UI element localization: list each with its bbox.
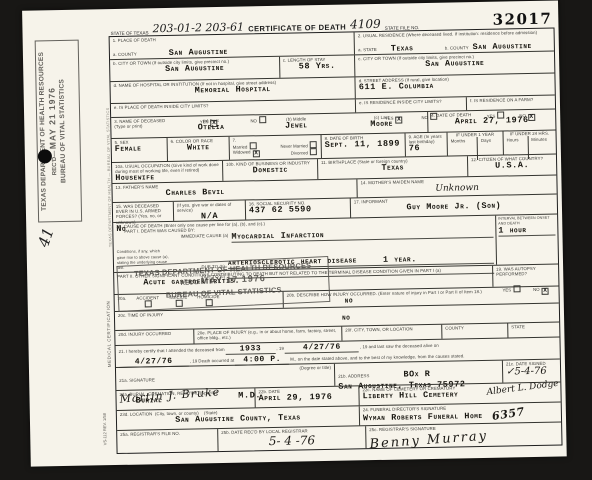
state-file-no-label: STATE FILE NO. [385,25,420,31]
injury-city-label: 20f. CITY, TOWN, OR LOCATION [345,326,438,333]
handwritten-file-number: 4109 [350,17,381,32]
autopsy-label: 19. WAS AUTOPSY PERFORMED? [496,266,555,278]
widowed-option: WidowedX [233,149,261,158]
certificate-page: TEXAS DEPARTMENT OF HEALTH RESOURCES REC… [22,0,567,466]
physician-address-label: 21b. ADDRESS [338,373,369,379]
scanned-death-certificate: TEXAS DEPARTMENT OF HEALTH RESOURCES REC… [0,0,592,480]
farm-label: f. IS RESIDENCE ON A FARM? [470,97,552,104]
hours-label: Hours [507,137,525,143]
days-label: Days [481,138,500,144]
handwritten-local-number: 203-01-2 203-61 [152,20,244,35]
middle-name-value: Jewel [254,121,339,132]
divorced-option: Divorced [291,148,318,157]
ssn-value: 437 62 5590 [249,205,347,216]
degree-label: (Degree or title) [299,365,331,371]
date-recd-value: 5- 4 -76 [221,432,362,449]
certificate-title: CERTIFICATE OF DEATH [248,23,346,34]
length-of-stay-value: 58 Yrs. [283,62,352,72]
sex-value: Female [115,144,164,154]
citizen-value: U.S.A. [471,161,553,172]
physician-address-line1: BOx R [403,369,430,380]
burial-value: Burial [136,395,252,406]
race-value: White [171,143,226,153]
age-value: 76 [409,144,444,154]
received-stamp-vertical: TEXAS DEPARTMENT OF HEALTH RESOURCES REC… [35,40,82,223]
injury-occurred-label: 20d. INJURY OCCURRED [118,331,190,338]
registrar-file-label: 25a. REGISTRAR'S FILE NO. [120,430,214,437]
stamp-recd-label: REC'D— [52,151,58,176]
immediate-interval-value: 1 hour [498,226,555,237]
medical-certification-label: MEDICAL CERTIFICATION [106,301,112,368]
stamp2-recd-label: REC'D [181,280,200,287]
injury-county-label: COUNTY [445,325,504,331]
attended-to-value: 4/27/76 [285,342,359,353]
divorced-checkbox [310,148,317,155]
attended-from-value: 1933 [226,344,276,355]
physician-signature-label: 21a. SIGNATURE [119,377,155,383]
place-of-injury-label: 20e. PLACE OF INJURY (e.g., in or about … [197,328,338,341]
interval-column: INTERVAL BETWEEN ONSET AND DEATH 1 hour [495,215,558,265]
first-name-value: Otelia [168,123,253,134]
state-of-texas-label: STATE OF TEXAS [110,30,148,36]
form-table: 1. PLACE OF DEATH a. COUNTY San Augustin… [109,28,563,454]
burial-date-value: April 29, 1976 [258,393,355,404]
widowed-checkbox: X [252,150,259,157]
funeral-home-number: 6357 [492,407,526,421]
stamp2-date: MAY 17 1976 [200,273,265,286]
months-label: Months [451,138,474,144]
handwritten-margin-note: 41 [34,225,57,249]
industry-value: Domestic [226,165,314,176]
residence-limits-label: e. IS RESIDENCE INSIDE CITY LIMITS? [359,98,463,105]
name-section-label: 3. NAME OF DECEASED(Type or print) [114,118,166,134]
due-to-b-interval: 1 year. [383,254,417,265]
form-number: VS-112 REV. 1/58 [102,413,108,445]
certificate-form: STATE OF TEXAS 203-01-2 203-61 CERTIFICA… [108,5,563,461]
immediate-cause-label: IMMEDIATE CAUSE (a) [116,233,231,245]
stamped-certificate-number: 32017 [492,10,552,29]
residence-county-label: b. COUNTY [445,45,469,50]
residence-state-label: a. STATE [358,47,377,52]
injury-state-label: STATE [511,324,556,330]
place-county-label: a. COUNTY [113,52,137,57]
dob-value: Sept. 11, 1899 [325,140,402,150]
date-signed-value: ✓5-4-76 [506,366,557,378]
stamp-date: MAY 21 1976 [47,87,58,149]
street-address-value: 611 E. Columbia [359,80,552,93]
minutes-label: Minutes [531,137,552,143]
last-name-value: Moore [339,119,424,130]
father-value: Charles Bevil [166,186,354,199]
